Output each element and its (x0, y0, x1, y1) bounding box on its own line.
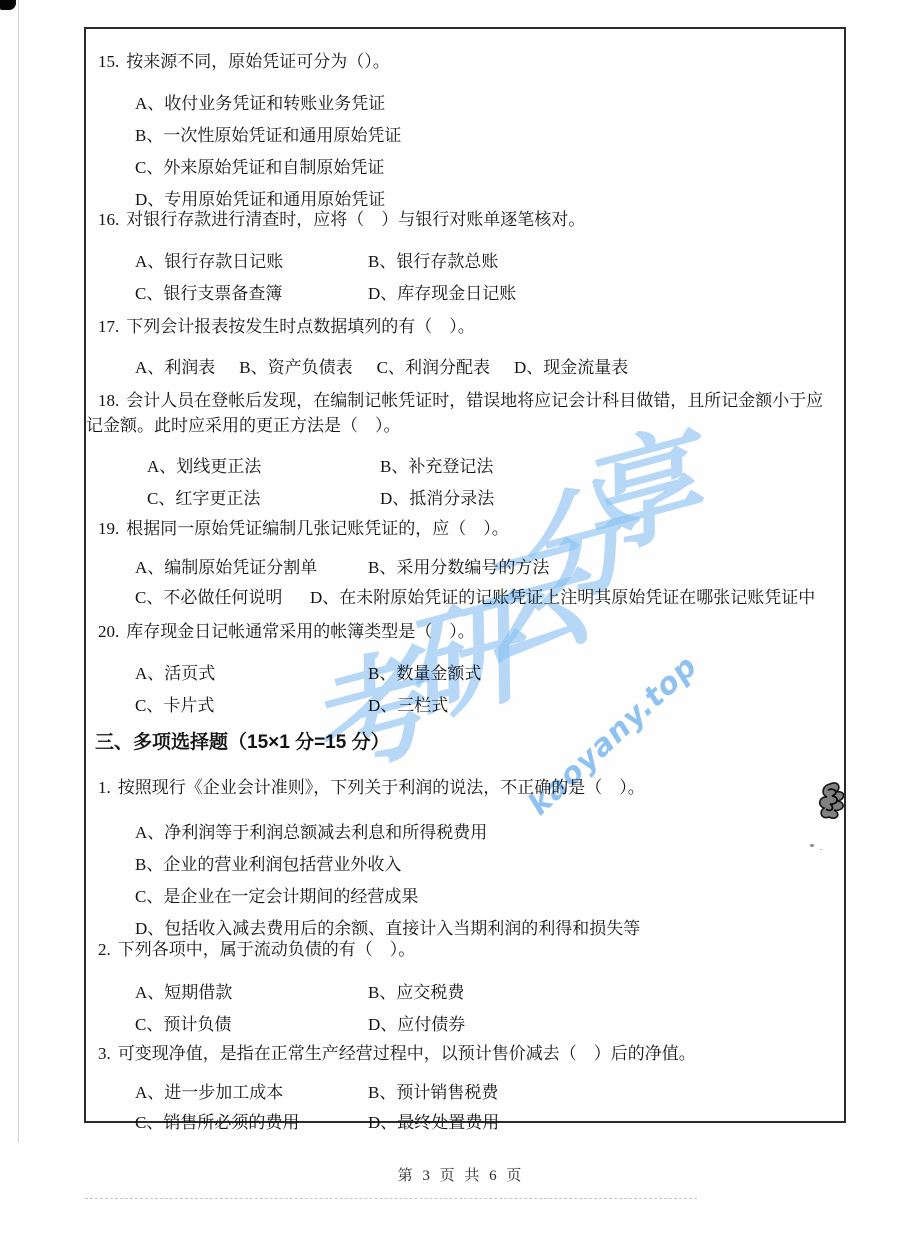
option: B、数量金额式 (368, 659, 481, 684)
options: A、利润表 B、资产负债表 C、利润分配表 D、现金流量表 (135, 349, 838, 381)
option: B、银行存款总账 (368, 247, 498, 272)
question-text: 根据同一原始凭证编制几张记账凭证的，应（ ）。 (126, 519, 509, 538)
option-row: A、划线更正法B、补充登记法 (135, 450, 838, 482)
option-row: A、编制原始凭证分割单B、采用分数编号的方法 (135, 550, 838, 580)
question-line: 2.下列各项中，属于流动负债的有（ ）。 (98, 938, 838, 962)
question-text: 可变现净值，是指在正常生产经营过程中，以预计售价减去（ ）后的净值。 (118, 1044, 696, 1063)
options: A、编制原始凭证分割单B、采用分数编号的方法 C、不必做任何说明D、在未附原始凭… (135, 550, 838, 610)
question-m2: 2.下列各项中，属于流动负债的有（ ）。 A、短期借款B、应交税费 C、预计负债… (98, 938, 838, 1038)
option: D、最终处置费用 (368, 1108, 499, 1133)
option-row: A、进一步加工成本B、预计销售税费 (135, 1075, 838, 1105)
option: D、在未附原始凭证的记账凭证上注明其原始凭证在哪张记账凭证中 (310, 583, 815, 608)
question-m1: 1.按照现行《企业会计准则》，下列关于利润的说法，不正确的是（ ）。 A、净利润… (98, 776, 838, 942)
question-line: 3.可变现净值，是指在正常生产经营过程中，以预计售价减去（ ）后的净值。 (98, 1042, 838, 1066)
question-15: 15.按来源不同，原始凭证可分为（）。 A、收付业务凭证和转账业务凭证 B、一次… (98, 50, 838, 213)
option: C、是企业在一定会计期间的经营成果 (135, 878, 838, 910)
option-row: C、销售所必须的费用D、最终处置费用 (135, 1105, 838, 1135)
options: A、进一步加工成本B、预计销售税费 C、销售所必须的费用D、最终处置费用 (135, 1075, 838, 1135)
question-number: 19. (98, 519, 119, 538)
option: D、抵消分录法 (368, 486, 494, 511)
option: D、现金流量表 (514, 353, 628, 378)
question-line: 19.根据同一原始凭证编制几张记账凭证的，应（ ）。 (98, 517, 838, 541)
option-row: C、卡片式D、三栏式 (135, 687, 838, 719)
option: A、银行存款日记账 (135, 247, 368, 272)
options: A、活页式B、数量金额式 C、卡片式D、三栏式 (135, 655, 838, 719)
question-line: 15.按来源不同，原始凭证可分为（）。 (98, 50, 838, 74)
question-m3: 3.可变现净值，是指在正常生产经营过程中，以预计售价减去（ ）后的净值。 A、进… (98, 1042, 838, 1135)
page-footer: 第 3 页 共 6 页 (0, 1164, 922, 1185)
option-row: C、不必做任何说明D、在未附原始凭证的记账凭证上注明其原始凭证在哪张记账凭证中 (135, 580, 838, 610)
options: A、短期借款B、应交税费 C、预计负债D、应付债券 (135, 974, 838, 1038)
content-border-box: 15.按来源不同，原始凭证可分为（）。 A、收付业务凭证和转账业务凭证 B、一次… (84, 27, 846, 1123)
question-text: 会计人员在登帐后发现，在编制记帐凭证时，错误地将应记会计科目做错，且所记金额小于… (86, 391, 823, 435)
option: C、银行支票备查簿 (135, 279, 368, 304)
option-row: C、红字更正法D、抵消分录法 (135, 482, 838, 514)
option-row: C、银行支票备查簿D、库存现金日记账 (135, 275, 838, 307)
option: A、利润表 (135, 353, 215, 378)
option: A、净利润等于利润总额减去利息和所得税费用 (135, 814, 838, 846)
option: A、进一步加工成本 (135, 1078, 368, 1103)
question-18: 18.会计人员在登帐后发现，在编制记帐凭证时，错误地将应记会计科目做错，且所记金… (86, 388, 838, 514)
question-number: 15. (98, 52, 119, 71)
option-row: A、活页式B、数量金额式 (135, 655, 838, 687)
question-text: 按来源不同，原始凭证可分为（）。 (126, 52, 390, 71)
question-number: 16. (98, 210, 119, 229)
option: A、短期借款 (135, 978, 368, 1003)
question-line: 1.按照现行《企业会计准则》，下列关于利润的说法，不正确的是（ ）。 (98, 776, 838, 800)
options: A、收付业务凭证和转账业务凭证 B、一次性原始凭证和通用原始凭证 C、外来原始凭… (135, 85, 838, 213)
option: C、预计负债 (135, 1010, 368, 1035)
options: A、划线更正法B、补充登记法 C、红字更正法D、抵消分录法 (135, 450, 838, 514)
scan-corner-blotch (0, 0, 16, 10)
option: A、活页式 (135, 659, 368, 684)
option: B、应交税费 (368, 978, 464, 1003)
option: B、预计销售税费 (368, 1078, 498, 1103)
question-number: 20. (98, 622, 119, 641)
question-text: 按照现行《企业会计准则》，下列关于利润的说法，不正确的是（ ）。 (118, 778, 645, 797)
option: D、三栏式 (368, 691, 448, 716)
option: D、库存现金日记账 (368, 279, 516, 304)
question-line: 18.会计人员在登帐后发现，在编制记帐凭证时，错误地将应记会计科目做错，且所记金… (86, 388, 838, 438)
question-20: 20.库存现金日记帐通常采用的帐簿类型是（ ）。 A、活页式B、数量金额式 C、… (98, 620, 838, 719)
question-number: 1. (98, 778, 111, 797)
scan-ghost-line (85, 1198, 697, 1199)
option: C、外来原始凭证和自制原始凭证 (135, 149, 838, 181)
option: B、补充登记法 (368, 454, 493, 479)
option: C、红字更正法 (135, 486, 368, 511)
option: C、利润分配表 (377, 353, 490, 378)
option: B、资产负债表 (239, 353, 352, 378)
question-number: 3. (98, 1044, 111, 1063)
option: A、编制原始凭证分割单 (135, 553, 368, 578)
question-17: 17.下列会计报表按发生时点数据填列的有（ ）。 A、利润表 B、资产负债表 C… (98, 315, 838, 381)
question-text: 对银行存款进行清查时，应将（ ）与银行对账单逐笔核对。 (126, 210, 585, 229)
question-text: 下列各项中，属于流动负债的有（ ）。 (118, 940, 416, 959)
options: A、银行存款日记账B、银行存款总账 C、银行支票备查簿D、库存现金日记账 (135, 243, 838, 307)
exam-page: 15.按来源不同，原始凭证可分为（）。 A、收付业务凭证和转账业务凭证 B、一次… (0, 0, 922, 1255)
question-number: 2. (98, 940, 111, 959)
options: A、净利润等于利润总额减去利息和所得税费用 B、企业的营业利润包括营业外收入 C… (135, 814, 838, 942)
option: B、采用分数编号的方法 (368, 553, 549, 578)
section-header: 三、多项选择题（15×1 分=15 分） (95, 727, 390, 754)
option: C、销售所必须的费用 (135, 1108, 368, 1133)
question-number: 17. (98, 317, 119, 336)
question-line: 20.库存现金日记帐通常采用的帐簿类型是（ ）。 (98, 620, 838, 644)
option: C、卡片式 (135, 691, 368, 716)
option: B、企业的营业利润包括营业外收入 (135, 846, 838, 878)
option: D、应付债券 (368, 1010, 465, 1035)
option-row: A、短期借款B、应交税费 (135, 974, 838, 1006)
question-16: 16.对银行存款进行清查时，应将（ ）与银行对账单逐笔核对。 A、银行存款日记账… (98, 208, 838, 307)
option-row: C、预计负债D、应付债券 (135, 1006, 838, 1038)
question-number: 18. (98, 391, 119, 410)
question-text: 库存现金日记帐通常采用的帐簿类型是（ ）。 (126, 622, 475, 641)
option: A、划线更正法 (135, 454, 368, 479)
question-text: 下列会计报表按发生时点数据填列的有（ ）。 (126, 317, 475, 336)
option-row: A、银行存款日记账B、银行存款总账 (135, 243, 838, 275)
question-19: 19.根据同一原始凭证编制几张记账凭证的，应（ ）。 A、编制原始凭证分割单B、… (98, 517, 838, 610)
question-line: 17.下列会计报表按发生时点数据填列的有（ ）。 (98, 315, 838, 339)
scan-edge-line (18, 0, 19, 1142)
option: A、收付业务凭证和转账业务凭证 (135, 85, 838, 117)
option: C、不必做任何说明 (135, 583, 310, 608)
option: B、一次性原始凭证和通用原始凭证 (135, 117, 838, 149)
question-line: 16.对银行存款进行清查时，应将（ ）与银行对账单逐笔核对。 (98, 208, 838, 232)
